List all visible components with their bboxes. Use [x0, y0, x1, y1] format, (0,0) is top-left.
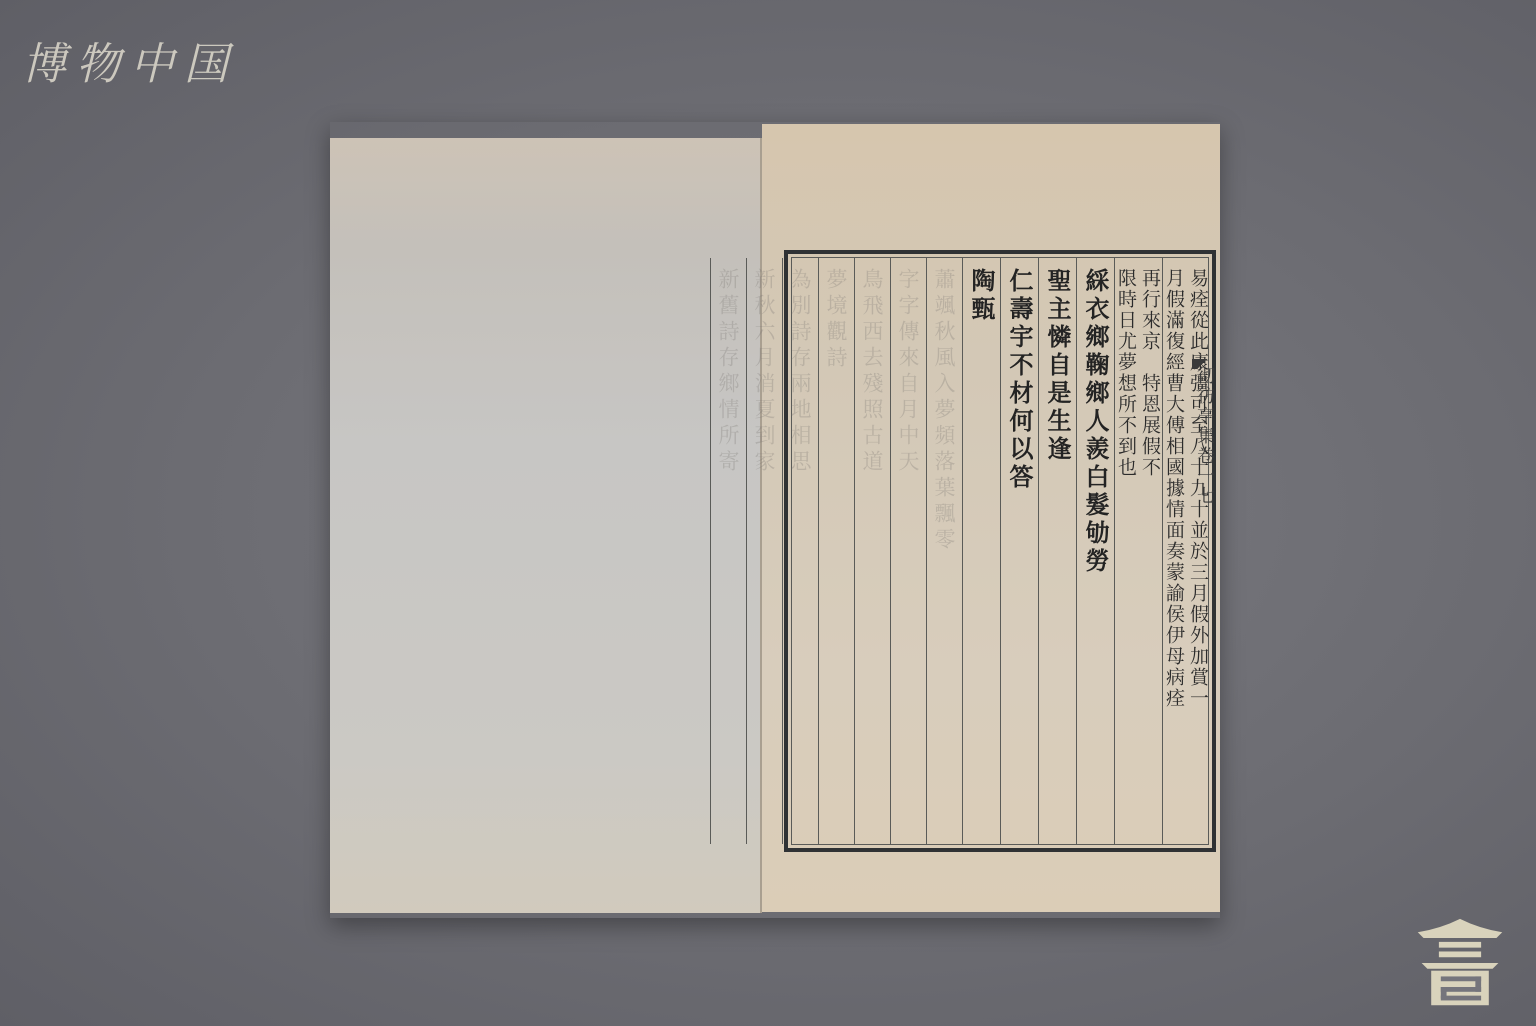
column-rule — [818, 258, 819, 844]
column-rule — [782, 258, 783, 844]
column-rule — [926, 258, 927, 844]
text-column: 為別詩存兩地相思 — [784, 268, 816, 476]
column-rule — [962, 258, 963, 844]
text-column: 鳥飛西去殘照古道 — [856, 268, 888, 476]
column-rule — [854, 258, 855, 844]
column-rule — [1038, 258, 1039, 844]
right-page-text: 易痊從此康彊可至八十九十並於三月假外加賞一月假滿復經曹大傅相國據情面奏蒙諭侯伊母… — [762, 124, 1220, 912]
column-rule — [746, 258, 747, 844]
column-rule — [890, 258, 891, 844]
column-rule — [710, 258, 711, 844]
watermark-logo: 博物中国 — [22, 28, 238, 92]
text-column: 蕭颯秋風入夢頻落葉飄零 — [928, 268, 960, 554]
text-column: 夢境觀詩 — [820, 268, 852, 372]
left-page-blank — [330, 138, 762, 913]
pavilion-seal-icon — [1412, 915, 1508, 1011]
text-column: 綵衣鄉鞠鄉人羨白髮劬勞 — [1079, 268, 1111, 576]
text-column: 聖主憐自是生逢 — [1041, 268, 1073, 464]
column-rule — [1000, 258, 1001, 844]
text-column: 新舊詩存鄉情所寄 — [712, 268, 744, 476]
column-rule — [1076, 258, 1077, 844]
text-column: 陶甄 — [965, 268, 997, 324]
text-column: 仁壽宇不材何以答 — [1003, 268, 1035, 492]
text-column: 字字傳來自月中天 — [892, 268, 924, 476]
fold-heading: 彻彷亭集卷一七 — [1195, 366, 1217, 506]
text-column: 新秋六月消夏到家 — [748, 268, 780, 476]
printed-text-frame: 易痊從此康彊可至八十九十並於三月假外加賞一月假滿復經曹大傅相國據情面奏蒙諭侯伊母… — [784, 250, 1216, 852]
column-rule — [1114, 258, 1115, 844]
open-book: 易痊從此康彊可至八十九十並於三月假外加賞一月假滿復經曹大傅相國據情面奏蒙諭侯伊母… — [330, 122, 1220, 918]
